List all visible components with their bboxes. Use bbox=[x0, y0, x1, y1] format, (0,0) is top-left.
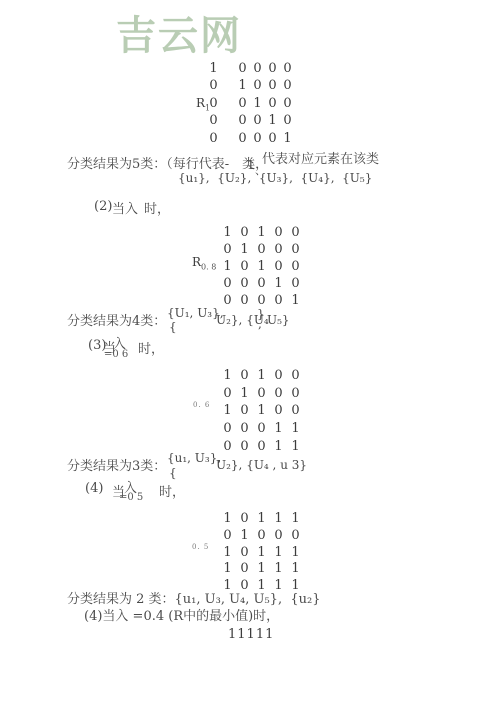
set-list-3-frag-a: {u₁, U₃}, bbox=[167, 451, 221, 465]
matrix-cell: 0 bbox=[265, 60, 280, 77]
item-3-tail: 时， bbox=[138, 338, 164, 357]
matrix-r05-label-sub: 0. 5 bbox=[192, 543, 209, 551]
matrix-cell: 0 bbox=[236, 275, 253, 292]
matrix-cell: 1 bbox=[253, 224, 270, 241]
matrix-row: 00100 bbox=[206, 95, 295, 112]
matrix-row: 10100 bbox=[219, 258, 304, 275]
matrix-cell: 0 bbox=[236, 292, 253, 309]
matrix-row: 10100 bbox=[219, 224, 304, 241]
matrix-cell: 0 bbox=[236, 545, 253, 562]
matrix-row: 10111 bbox=[219, 545, 304, 562]
set-list-4-frag-f: U₅} bbox=[267, 313, 290, 327]
matrix-cell: 1 bbox=[250, 95, 265, 112]
matrix-row: 01000 bbox=[219, 385, 304, 403]
matrix-cell: 1 bbox=[253, 258, 270, 275]
matrix-row: 10100 bbox=[219, 367, 304, 385]
page-number: 11111 bbox=[228, 627, 274, 642]
matrix-cell: 1 bbox=[287, 438, 304, 456]
matrix-cell: 0 bbox=[280, 95, 295, 112]
set-list-4-frag-e: , bbox=[258, 317, 262, 331]
site-watermark: 吉云网 bbox=[116, 4, 242, 61]
matrix-row: 01000 bbox=[219, 528, 304, 545]
matrix-cell: 0 bbox=[219, 241, 236, 258]
matrix-row: 01000 bbox=[219, 241, 304, 258]
matrix-row: 00010 bbox=[219, 275, 304, 292]
classification-result-5: 分类结果为5类：（每行代表- 类， bbox=[67, 153, 268, 172]
set-list-3-frag-b: { bbox=[169, 466, 177, 480]
matrix-cell: 0 bbox=[206, 130, 221, 147]
matrix-r06-label-sub: 0. 6 bbox=[193, 401, 210, 409]
item-3-lambda-value: =0 6 bbox=[104, 349, 128, 360]
matrix-r08-label-sub: 0. 8 bbox=[201, 262, 216, 271]
matrix-cell: 0 bbox=[270, 402, 287, 420]
matrix-cell: 0 bbox=[236, 438, 253, 456]
matrix-cell: 0 bbox=[270, 241, 287, 258]
matrix-cell: 0 bbox=[250, 130, 265, 147]
matrix-cell: 0 bbox=[219, 385, 236, 403]
matrix-cell: 0 bbox=[287, 275, 304, 292]
matrix-cell: 1 bbox=[219, 367, 236, 385]
set-list-3-frag-c: U₂}, {U₄ , u 3} bbox=[216, 458, 307, 472]
item-4-lambda-value: =0 5 bbox=[119, 492, 143, 503]
matrix-cell: 0 bbox=[236, 402, 253, 420]
matrix-cell: 1 bbox=[236, 528, 253, 545]
matrix-cell: 1 bbox=[236, 385, 253, 403]
matrix-cell: 0 bbox=[219, 438, 236, 456]
matrix-row: 10111 bbox=[219, 511, 304, 528]
matrix-cell: 0 bbox=[253, 438, 270, 456]
matrix-cell: 1 bbox=[253, 511, 270, 528]
matrix-cell: 0 bbox=[265, 77, 280, 94]
matrix-cell: 1 bbox=[265, 112, 280, 129]
matrix-cell: 0 bbox=[287, 258, 304, 275]
matrix-cell: 1 bbox=[287, 420, 304, 438]
item-2-number: (2) bbox=[94, 199, 112, 214]
matrix-cell: 1 bbox=[270, 511, 287, 528]
matrix-row: 10111 bbox=[219, 561, 304, 578]
matrix-cell: 0 bbox=[287, 224, 304, 241]
matrix-cell: 1 bbox=[219, 561, 236, 578]
matrix-cell: 0 bbox=[236, 224, 253, 241]
matrix-cell: 0 bbox=[287, 241, 304, 258]
matrix-cell: 1 bbox=[270, 275, 287, 292]
item-2-tail: 时， bbox=[144, 198, 170, 217]
set-list-5: {u₁}, {U₂}, {U₃}, {U₄}, {U₅} bbox=[178, 171, 372, 185]
matrix-cell: 1 bbox=[270, 420, 287, 438]
matrix-cell: 1 bbox=[219, 402, 236, 420]
classification-result-3: 分类结果为3类： bbox=[67, 455, 166, 474]
matrix-cell: 1 bbox=[270, 438, 287, 456]
matrix-cell: 0 bbox=[253, 420, 270, 438]
matrix-cell: 0 bbox=[280, 77, 295, 94]
matrix-cell: 0 bbox=[270, 292, 287, 309]
matrix-cell: 0 bbox=[270, 224, 287, 241]
matrix-cell: 1 bbox=[219, 224, 236, 241]
matrix-cell: 1 bbox=[287, 292, 304, 309]
matrix-cell: 1 bbox=[206, 60, 221, 77]
matrix-cell: 1 bbox=[287, 511, 304, 528]
matrix-cell: 0 bbox=[219, 420, 236, 438]
matrix-cell: 1 bbox=[219, 511, 236, 528]
matrix-cell: 0 bbox=[236, 420, 253, 438]
matrix-cell: 0 bbox=[206, 112, 221, 129]
matrix-cell: 0 bbox=[253, 275, 270, 292]
matrix-cell: 1 bbox=[253, 367, 270, 385]
matrix-r05: 1011101000101111011110111 bbox=[219, 511, 304, 595]
matrix-row: 00001 bbox=[206, 130, 295, 147]
matrix-row: 10100 bbox=[219, 402, 304, 420]
matrix-cell: 0 bbox=[280, 112, 295, 129]
matrix-cell: 1 bbox=[270, 561, 287, 578]
matrix-row: 01000 bbox=[206, 77, 295, 94]
set-list-4-frag-b: { bbox=[169, 320, 177, 334]
matrix-row: 00010 bbox=[206, 112, 295, 129]
matrix-r08-label: R0. 8 bbox=[192, 255, 216, 271]
classification-result-5-frag1: 1 bbox=[247, 158, 255, 172]
matrix-cell: 0 bbox=[236, 561, 253, 578]
matrix-cell: 1 bbox=[253, 402, 270, 420]
matrix-cell: 1 bbox=[219, 258, 236, 275]
matrix-cell: 0 bbox=[287, 385, 304, 403]
matrix-cell: 0 bbox=[253, 385, 270, 403]
matrix-cell: 0 bbox=[235, 130, 250, 147]
matrix-cell: 0 bbox=[206, 77, 221, 94]
matrix-cell: 0 bbox=[287, 528, 304, 545]
classification-result-5-note: 代表对应元素在该类 bbox=[262, 148, 379, 167]
matrix-cell: 0 bbox=[250, 60, 265, 77]
matrix-cell: 0 bbox=[280, 60, 295, 77]
matrix-cell: 1 bbox=[253, 545, 270, 562]
matrix-cell: 1 bbox=[280, 130, 295, 147]
matrix-cell: 1 bbox=[253, 561, 270, 578]
matrix-cell: 0 bbox=[270, 528, 287, 545]
matrix-r1: 1000001000001000001000001 bbox=[206, 60, 295, 147]
matrix-cell: 0 bbox=[270, 367, 287, 385]
matrix-cell: 0 bbox=[265, 130, 280, 147]
matrix-cell: 0 bbox=[235, 112, 250, 129]
matrix-cell: 0 bbox=[265, 95, 280, 112]
matrix-cell: 0 bbox=[287, 367, 304, 385]
matrix-cell: 1 bbox=[287, 545, 304, 562]
matrix-cell: 0 bbox=[235, 95, 250, 112]
matrix-cell: 1 bbox=[270, 545, 287, 562]
matrix-cell: 0 bbox=[219, 275, 236, 292]
matrix-cell: 0 bbox=[270, 385, 287, 403]
matrix-cell: 0 bbox=[250, 77, 265, 94]
item-4b-line: (4)当入 =0.4 (R中的最小值)时， bbox=[84, 605, 279, 624]
matrix-cell: 0 bbox=[253, 241, 270, 258]
matrix-row: 10000 bbox=[206, 60, 295, 77]
classification-result-4: 分类结果为4类： bbox=[67, 310, 166, 329]
matrix-cell: 0 bbox=[236, 367, 253, 385]
item-2-text: 当入 bbox=[112, 198, 138, 217]
item-4-number: (4) bbox=[85, 481, 103, 496]
matrix-r1-label-text: R bbox=[196, 96, 205, 110]
matrix-cell: 1 bbox=[219, 545, 236, 562]
matrix-cell: 0 bbox=[250, 112, 265, 129]
matrix-cell: 0 bbox=[236, 511, 253, 528]
matrix-cell: 1 bbox=[235, 77, 250, 94]
matrix-r08-label-text: R bbox=[192, 255, 201, 269]
matrix-cell: 1 bbox=[236, 241, 253, 258]
matrix-cell: 0 bbox=[287, 402, 304, 420]
matrix-cell: 0 bbox=[206, 95, 221, 112]
matrix-r08: 1010001000101000001000001 bbox=[219, 224, 304, 309]
matrix-r06: 1010001000101000001100011 bbox=[219, 367, 304, 455]
matrix-row: 00011 bbox=[219, 438, 304, 456]
matrix-cell: 0 bbox=[236, 258, 253, 275]
matrix-cell: 0 bbox=[235, 60, 250, 77]
matrix-cell: 0 bbox=[253, 528, 270, 545]
matrix-cell: 0 bbox=[270, 258, 287, 275]
item-4-tail: 时， bbox=[159, 481, 185, 500]
matrix-cell: 1 bbox=[287, 561, 304, 578]
matrix-cell: 0 bbox=[219, 528, 236, 545]
matrix-row: 00011 bbox=[219, 420, 304, 438]
